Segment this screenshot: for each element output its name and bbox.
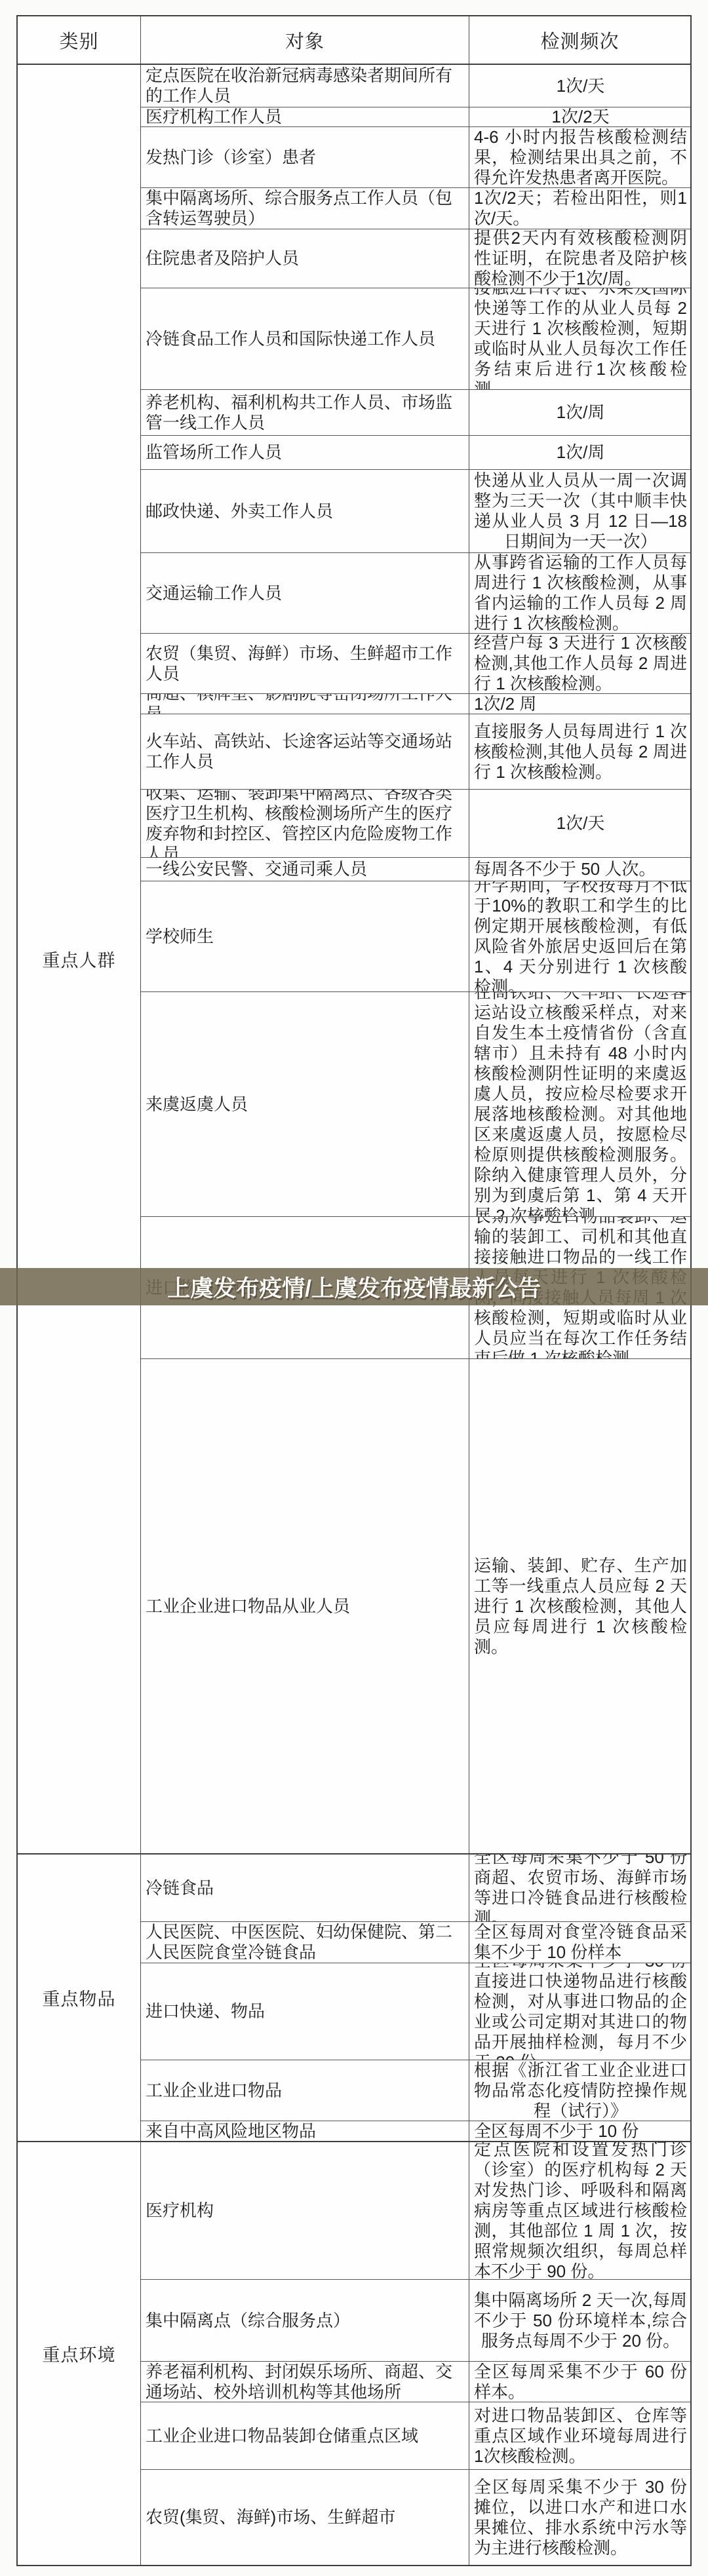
object-cell: 发热门诊（诊室）患者 [141, 127, 469, 187]
table-row: 工业企业进口物品从业人员运输、装卸、贮存、生产加工等一线重点人员应每 2 天进行… [141, 1359, 690, 1853]
object-cell: 工业企业进口物品装卸仓储重点区域 [141, 2402, 469, 2469]
object-text: 学校师生 [146, 927, 465, 947]
object-text: 集中隔离点（综合服务点） [146, 2311, 465, 2331]
object-text: 人民医院、中医医院、妇幼保健院、第二人民医院食堂冷链食品 [146, 1922, 465, 1963]
object-cell: 来自中高风险地区物品 [141, 2121, 469, 2141]
frequency-cell: 提供2天内有效核酸检测阴性证明，在院患者及陪护核酸检测不少于1次/周。 [469, 229, 690, 288]
object-cell: 工业企业进口物品 [141, 2060, 469, 2121]
table-row: 养老福利机构、封闭娱乐场所、商超、交通场站、校外培训机构等其他场所全区每周采集不… [141, 2362, 690, 2402]
object-cell: 商超、棋牌室、影剧院等密闭场所工作人员 [141, 694, 469, 714]
frequency-cell: 全区每周不少于 10 份 [469, 2121, 690, 2141]
table-row: 定点医院在收治新冠病毒感染者期间所有的工作人员1次/天 [141, 65, 690, 107]
frequency-text: 全区每周不少于 10 份 [474, 2121, 687, 2141]
frequency-cell: 1次/2 周 [469, 694, 690, 714]
table-row: 农贸（集贸、海鲜）市场、生鲜超市工作人员经营户每 3 天进行 1 次核酸检测,其… [141, 634, 690, 694]
object-text: 收集、运输、装卸集中隔离点、各级各类医疗卫生机构、核酸检测场所产生的医疗废弃物和… [146, 790, 465, 857]
object-text: 养老机构、福利机构共工作人员、市场监管一线工作人员 [146, 393, 465, 433]
frequency-text: 从事跨省运输的工作人员每周进行 1 次核酸检测，从事省内运输的工作人员每 2 周… [474, 553, 687, 633]
frequency-cell: 1次/天 [469, 65, 690, 107]
object-cell: 工业企业进口物品从业人员 [141, 1359, 469, 1853]
frequency-cell: 开学期间，学校按每月不低于10%的教职工和学生的比例定期开展核酸检测，有低风险省… [469, 881, 690, 991]
frequency-text: 提供2天内有效核酸检测阴性证明，在院患者及陪护核酸检测不少于1次/周。 [474, 229, 687, 288]
object-text: 来自中高风险地区物品 [146, 2121, 465, 2141]
frequency-text: 1次/2天 [474, 107, 687, 126]
table-row: 集中隔离点（综合服务点）集中隔离场所 2 天一次,每周不少于 50 份环境样本,… [141, 2280, 690, 2362]
frequency-cell: 对进口物品装卸区、仓库等重点区域作业环境每周进行1次核酸检测。 [469, 2402, 690, 2469]
table-row: 集中隔离场所、综合服务点工作人员（包含转运驾驶员）1次/2天；若检出阳性，则1次… [141, 188, 690, 229]
object-text: 发热门诊（诊室）患者 [146, 147, 465, 168]
frequency-text: 开学期间，学校按每月不低于10%的教职工和学生的比例定期开展核酸检测，有低风险省… [474, 881, 687, 991]
object-cell: 进口快递、物品 [141, 1963, 469, 2060]
object-cell: 冷链食品工作人员和国际快递工作人员 [141, 288, 469, 389]
frequency-text: 全区每周采集不少于 30 份摊位，以进口水产和进口水果摊位、排水系统中污水等为主… [474, 2477, 687, 2558]
frequency-cell: 1次/2天；若检出阳性，则1次/天。 [469, 188, 690, 229]
table-row: 火车站、高铁站、长途客运站等交通场站工作人员直接服务人员每周进行 1 次核酸检测… [141, 714, 690, 790]
watermark-banner-text: 上虞发布疫情/上虞发布疫情最新公告 [167, 1271, 541, 1303]
object-cell: 监管场所工作人员 [141, 436, 469, 469]
group-rows: 冷链食品全区每周采集不少于 50 份商超、农贸市场、海鲜市场等进口冷链食品进行核… [141, 1855, 690, 2141]
frequency-cell: 1次/周 [469, 436, 690, 469]
frequency-text: 在高铁站、火车站、长途客运站设立核酸采样点，对来自发生本土疫情省份（含直辖市）且… [474, 992, 687, 1216]
frequency-text: 根据《浙江省工业企业进口物品常态化疫情防控操作规程（试行）》 [474, 2060, 687, 2121]
table-row: 冷链食品工作人员和国际快递工作人员接触进口冷链、水果及国际快递等工作的从业人员每… [141, 288, 690, 390]
frequency-text: 经营户每 3 天进行 1 次核酸检测,其他工作人员每 2 周进行 1 次核酸检测… [474, 634, 687, 693]
frequency-cell: 在高铁站、火车站、长途客运站设立核酸采样点，对来自发生本土疫情省份（含直辖市）且… [469, 992, 690, 1216]
category-cell: 重点人群 [18, 65, 141, 1853]
object-cell: 冷链食品 [141, 1855, 469, 1921]
object-cell: 交通运输工作人员 [141, 553, 469, 633]
table-row: 来虞返虞人员在高铁站、火车站、长途客运站设立核酸采样点，对来自发生本土疫情省份（… [141, 992, 690, 1217]
object-text: 医疗机构 [146, 2201, 465, 2221]
header-object: 对象 [141, 16, 469, 64]
table-body: 重点人群定点医院在收治新冠病毒感染者期间所有的工作人员1次/天医疗机构工作人员1… [18, 65, 690, 2565]
object-text: 集中隔离场所、综合服务点工作人员（包含转运驾驶员） [146, 188, 465, 229]
frequency-cell: 全区每周采集不少于 30 份直接进口快递物品进行核酸检测，对从事进口物品的企业或… [469, 1963, 690, 2060]
frequency-text: 接触进口冷链、水果及国际快递等工作的从业人员每 2 天进行 1 次核酸检测，短期… [474, 288, 687, 389]
table-row: 进口快递、物品全区每周采集不少于 30 份直接进口快递物品进行核酸检测，对从事进… [141, 1963, 690, 2060]
object-text: 来虞返虞人员 [146, 1094, 465, 1115]
object-cell: 医疗机构 [141, 2142, 469, 2279]
table-row: 发热门诊（诊室）患者4-6 小时内报告核酸检测结果，检测结果出具之前，不得允许发… [141, 127, 690, 188]
object-text: 工业企业进口物品 [146, 2081, 465, 2101]
object-cell: 医疗机构工作人员 [141, 107, 469, 126]
group-rows: 定点医院在收治新冠病毒感染者期间所有的工作人员1次/天医疗机构工作人员1次/2天… [141, 65, 690, 1853]
frequency-text: 直接服务人员每周进行 1 次核酸检测,其他人员每 2 周进行 1 次核酸检测。 [474, 721, 687, 782]
table-row: 商超、棋牌室、影剧院等密闭场所工作人员1次/2 周 [141, 694, 690, 714]
frequency-cell: 全区每周采集不少于 50 份商超、农贸市场、海鲜市场等进口冷链食品进行核酸检测。 [469, 1855, 690, 1921]
frequency-text: 1次/周 [474, 442, 687, 463]
frequency-text: 1次/天 [474, 813, 687, 834]
frequency-text: 全区每周采集不少于 30 份直接进口快递物品进行核酸检测，对从事进口物品的企业或… [474, 1963, 687, 2060]
frequency-text: 对进口物品装卸区、仓库等重点区域作业环境每周进行1次核酸检测。 [474, 2406, 687, 2467]
object-cell: 人民医院、中医医院、妇幼保健院、第二人民医院食堂冷链食品 [141, 1922, 469, 1963]
object-cell: 农贸（集贸、海鲜）市场、生鲜超市工作人员 [141, 634, 469, 693]
frequency-text: 1次/天 [474, 76, 687, 96]
object-text: 农贸(集贸、海鲜)市场、生鲜超市 [146, 2507, 465, 2528]
table-row: 收集、运输、装卸集中隔离点、各级各类医疗卫生机构、核酸检测场所产生的医疗废弃物和… [141, 790, 690, 858]
frequency-cell: 集中隔离场所 2 天一次,每周不少于 50 份环境样本,综合服务点每周不少于 2… [469, 2280, 690, 2361]
frequency-cell: 全区每周采集不少于 60 份样本。 [469, 2362, 690, 2402]
frequency-text: 1次/2 周 [474, 694, 687, 714]
table-row: 医疗机构定点医院和设置发热门诊（诊室）的医疗机构每 2 天对发热门诊、呼吸科和隔… [141, 2142, 690, 2280]
table-row: 来自中高风险地区物品全区每周不少于 10 份 [141, 2121, 690, 2141]
frequency-text: 集中隔离场所 2 天一次,每周不少于 50 份环境样本,综合服务点每周不少于 2… [474, 2290, 687, 2351]
frequency-text: 1次/2天；若检出阳性，则1次/天。 [474, 188, 687, 229]
frequency-text: 4-6 小时内报告核酸检测结果，检测结果出具之前，不得允许发热患者离开医院。 [474, 127, 687, 187]
frequency-cell: 全区每周采集不少于 30 份摊位，以进口水产和进口水果摊位、排水系统中污水等为主… [469, 2470, 690, 2565]
object-text: 工业企业进口物品装卸仓储重点区域 [146, 2426, 465, 2446]
watermark-banner: 上虞发布疫情/上虞发布疫情最新公告 [0, 1268, 708, 1305]
object-text: 一线公安民警、交通司乘人员 [146, 859, 465, 879]
object-cell: 定点医院在收治新冠病毒感染者期间所有的工作人员 [141, 65, 469, 107]
object-text: 冷链食品工作人员和国际快递工作人员 [146, 329, 465, 349]
table-row: 监管场所工作人员1次/周 [141, 436, 690, 470]
object-text: 进口快递、物品 [146, 2001, 465, 2022]
object-text: 商超、棋牌室、影剧院等密闭场所工作人员 [146, 694, 465, 714]
object-cell: 学校师生 [141, 881, 469, 991]
page: { "banner": { "text": "上虞发布疫情/上虞发布疫情最新公告… [0, 0, 708, 2576]
table-row: 一线公安民警、交通司乘人员每周各不少于 50 人次。 [141, 858, 690, 881]
frequency-cell: 运输、装卸、贮存、生产加工等一线重点人员应每 2 天进行 1 次核酸检测，其他人… [469, 1359, 690, 1853]
object-cell: 养老福利机构、封闭娱乐场所、商超、交通场站、校外培训机构等其他场所 [141, 2362, 469, 2402]
category-group: 重点人群定点医院在收治新冠病毒感染者期间所有的工作人员1次/天医疗机构工作人员1… [18, 65, 690, 1855]
object-text: 医疗机构工作人员 [146, 107, 465, 126]
object-text: 定点医院在收治新冠病毒感染者期间所有的工作人员 [146, 66, 465, 106]
frequency-text: 1次/周 [474, 402, 687, 423]
object-text: 火车站、高铁站、长途客运站等交通场站工作人员 [146, 731, 465, 772]
frequency-cell: 每周各不少于 50 人次。 [469, 858, 690, 881]
table-row: 交通运输工作人员从事跨省运输的工作人员每周进行 1 次核酸检测，从事省内运输的工… [141, 553, 690, 634]
frequency-cell: 4-6 小时内报告核酸检测结果，检测结果出具之前，不得允许发热患者离开医院。 [469, 127, 690, 187]
object-text: 住院患者及陪护人员 [146, 248, 465, 269]
category-group: 重点物品冷链食品全区每周采集不少于 50 份商超、农贸市场、海鲜市场等进口冷链食… [18, 1855, 690, 2142]
table-row: 工业企业进口物品根据《浙江省工业企业进口物品常态化疫情防控操作规程（试行）》 [141, 2060, 690, 2121]
table-row: 住院患者及陪护人员提供2天内有效核酸检测阴性证明，在院患者及陪护核酸检测不少于1… [141, 229, 690, 288]
object-cell: 集中隔离点（综合服务点） [141, 2280, 469, 2361]
table-row: 养老机构、福利机构共工作人员、市场监管一线工作人员1次/周 [141, 390, 690, 436]
category-cell: 重点物品 [18, 1855, 141, 2141]
frequency-cell: 根据《浙江省工业企业进口物品常态化疫情防控操作规程（试行）》 [469, 2060, 690, 2121]
table-row: 邮政快递、外卖工作人员快递从业人员从一周一次调整为三天一次（其中顺丰快递从业人员… [141, 470, 690, 553]
object-cell: 火车站、高铁站、长途客运站等交通场站工作人员 [141, 714, 469, 789]
object-text: 交通运输工作人员 [146, 583, 465, 604]
object-cell: 邮政快递、外卖工作人员 [141, 470, 469, 552]
frequency-cell: 全区每周对食堂冷链食品采集不少于 10 份样本 [469, 1922, 690, 1963]
table-row: 人民医院、中医医院、妇幼保健院、第二人民医院食堂冷链食品全区每周对食堂冷链食品采… [141, 1922, 690, 1963]
frequency-text: 每周各不少于 50 人次。 [474, 859, 687, 879]
frequency-text: 全区每周采集不少于 50 份商超、农贸市场、海鲜市场等进口冷链食品进行核酸检测。 [474, 1855, 687, 1921]
object-cell: 养老机构、福利机构共工作人员、市场监管一线工作人员 [141, 390, 469, 435]
frequency-cell: 快递从业人员从一周一次调整为三天一次（其中顺丰快递从业人员 3 月 12 日—1… [469, 470, 690, 552]
frequency-cell: 接触进口冷链、水果及国际快递等工作的从业人员每 2 天进行 1 次核酸检测，短期… [469, 288, 690, 389]
header-frequency: 检测频次 [469, 16, 690, 64]
object-text: 农贸（集贸、海鲜）市场、生鲜超市工作人员 [146, 644, 465, 684]
frequency-cell: 定点医院和设置发热门诊（诊室）的医疗机构每 2 天对发热门诊、呼吸科和隔离病房等… [469, 2142, 690, 2279]
object-text: 邮政快递、外卖工作人员 [146, 501, 465, 522]
frequency-cell: 1次/天 [469, 790, 690, 857]
frequency-text: 全区每周采集不少于 60 份样本。 [474, 2362, 687, 2402]
table-header-row: 类别 对象 检测频次 [18, 16, 690, 65]
object-cell: 收集、运输、装卸集中隔离点、各级各类医疗卫生机构、核酸检测场所产生的医疗废弃物和… [141, 790, 469, 857]
table-row: 冷链食品全区每周采集不少于 50 份商超、农贸市场、海鲜市场等进口冷链食品进行核… [141, 1855, 690, 1922]
frequency-cell: 1次/2天 [469, 107, 690, 126]
frequency-text: 定点医院和设置发热门诊（诊室）的医疗机构每 2 天对发热门诊、呼吸科和隔离病房等… [474, 2142, 687, 2279]
table-row: 农贸(集贸、海鲜)市场、生鲜超市全区每周采集不少于 30 份摊位，以进口水产和进… [141, 2470, 690, 2565]
category-group: 重点环境医疗机构定点医院和设置发热门诊（诊室）的医疗机构每 2 天对发热门诊、呼… [18, 2142, 690, 2565]
object-cell: 农贸(集贸、海鲜)市场、生鲜超市 [141, 2470, 469, 2565]
table-row: 工业企业进口物品装卸仓储重点区域对进口物品装卸区、仓库等重点区域作业环境每周进行… [141, 2402, 690, 2470]
object-cell: 一线公安民警、交通司乘人员 [141, 858, 469, 881]
object-text: 养老福利机构、封闭娱乐场所、商超、交通场站、校外培训机构等其他场所 [146, 2362, 465, 2402]
frequency-text: 运输、装卸、贮存、生产加工等一线重点人员应每 2 天进行 1 次核酸检测，其他人… [474, 1556, 687, 1657]
category-cell: 重点环境 [18, 2142, 141, 2565]
object-text: 工业企业进口物品从业人员 [146, 1596, 465, 1617]
frequency-cell: 经营户每 3 天进行 1 次核酸检测,其他工作人员每 2 周进行 1 次核酸检测… [469, 634, 690, 693]
frequency-cell: 从事跨省运输的工作人员每周进行 1 次核酸检测，从事省内运输的工作人员每 2 周… [469, 553, 690, 633]
frequency-text: 快递从业人员从一周一次调整为三天一次（其中顺丰快递从业人员 3 月 12 日—1… [474, 471, 687, 552]
header-category: 类别 [18, 16, 141, 64]
table-row: 学校师生开学期间，学校按每月不低于10%的教职工和学生的比例定期开展核酸检测，有… [141, 881, 690, 992]
object-cell: 集中隔离场所、综合服务点工作人员（包含转运驾驶员） [141, 188, 469, 229]
object-cell: 住院患者及陪护人员 [141, 229, 469, 288]
object-cell: 来虞返虞人员 [141, 992, 469, 1216]
frequency-cell: 1次/周 [469, 390, 690, 435]
group-rows: 医疗机构定点医院和设置发热门诊（诊室）的医疗机构每 2 天对发热门诊、呼吸科和隔… [141, 2142, 690, 2565]
object-text: 冷链食品 [146, 1878, 465, 1898]
table-row: 医疗机构工作人员1次/2天 [141, 107, 690, 127]
frequency-cell: 直接服务人员每周进行 1 次核酸检测,其他人员每 2 周进行 1 次核酸检测。 [469, 714, 690, 789]
object-text: 监管场所工作人员 [146, 442, 465, 463]
frequency-text: 全区每周对食堂冷链食品采集不少于 10 份样本 [474, 1922, 687, 1963]
